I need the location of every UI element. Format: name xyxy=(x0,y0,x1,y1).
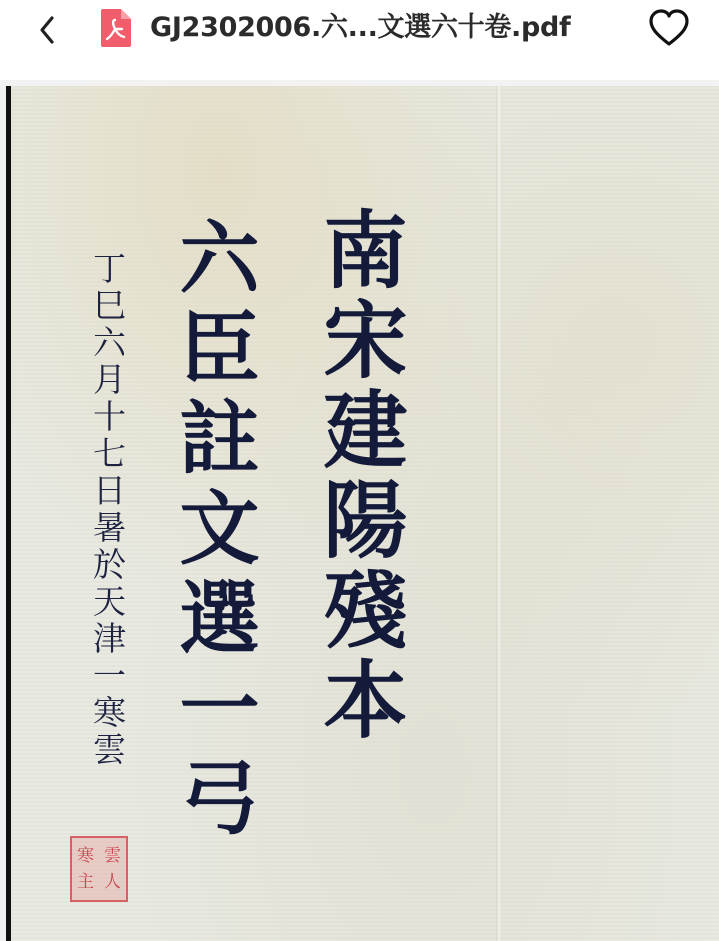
document-title: GJ2302006.六...文選六十卷.pdf xyxy=(150,8,571,48)
calligraphy-inscription: 丁巳六月十七日暑於天津一寒雲 xyxy=(84,251,131,769)
pdf-icon xyxy=(98,8,132,48)
pdf-page[interactable]: 南宋建陽殘本 六臣註文選一弓 丁巳六月十七日暑於天津一寒雲 寒 雲 主 人 xyxy=(6,86,719,941)
seal-char: 雲 xyxy=(104,843,121,869)
seal-char: 主 xyxy=(77,869,94,895)
red-seal-stamp: 寒 雲 主 人 xyxy=(70,836,128,902)
chevron-left-icon xyxy=(30,10,66,50)
book-spine-edge xyxy=(6,86,11,941)
seal-char: 人 xyxy=(104,869,121,895)
calligraphy-title-right: 南宋建陽殘本 xyxy=(299,206,420,746)
heart-outline-icon xyxy=(646,6,692,50)
back-button[interactable] xyxy=(30,10,66,50)
favorite-button[interactable] xyxy=(646,6,692,50)
calligraphy-title-left: 六臣註文選一弓 xyxy=(156,216,271,846)
seal-char: 寒 xyxy=(77,843,94,869)
page-fold-line xyxy=(496,86,502,941)
top-bar: GJ2302006.六...文選六十卷.pdf xyxy=(0,0,719,80)
